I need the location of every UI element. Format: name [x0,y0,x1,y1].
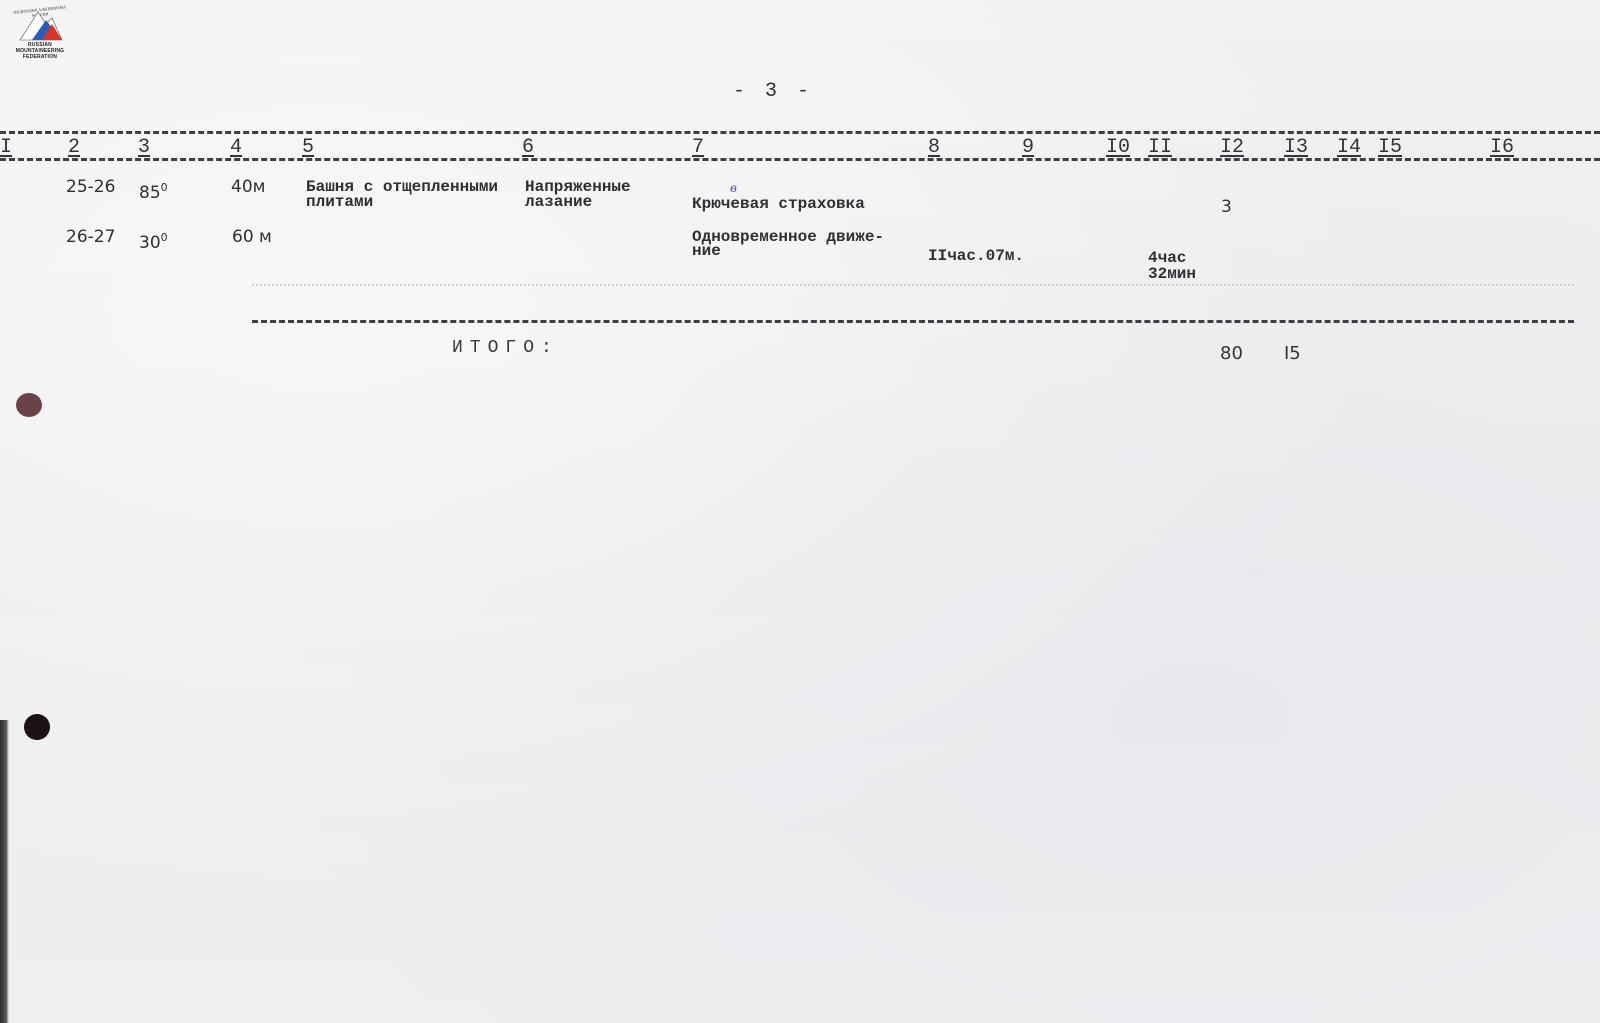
col-header-15: I5 [1378,136,1402,159]
col-header-3: 3 [138,136,150,159]
length-cell: 40м [231,180,265,195]
col-header-1: I [0,136,12,159]
scan-edge-shadow [0,720,9,1023]
faint-row-rule [252,284,1574,286]
col-header-5: 5 [302,136,314,159]
col-header-9: 9 [1022,136,1034,159]
col-header-12: I2 [1220,136,1244,159]
col11-time-line-2: 32мин [1148,267,1196,282]
length-cell: 60 м [232,230,272,245]
total-col13: I5 [1284,343,1301,364]
table-top-rule [0,131,1600,134]
belay-cell: Крючевая страховка [692,197,865,212]
totals-rule [252,320,1574,323]
logo-line-3: FEDERATION [6,54,74,60]
difficulty-cell-line-2: лазание [525,195,592,210]
angle-value: 85 [139,183,161,203]
angle-value: 30 [139,233,161,253]
degree-sign: 0 [161,181,168,194]
degree-sign: 0 [161,231,168,244]
col-header-6: 6 [522,136,534,159]
col-header-11: II [1148,136,1172,159]
col8-time-cell: IIчас.07м. [928,249,1024,264]
belay-cell-line-2: ние [692,244,721,259]
col11-time-line-1: 4час [1148,251,1186,266]
total-col12: 80 [1220,343,1243,364]
rmf-logo: ФЕДЕРАЦИЯ АЛЬПИНИЗМА РОССИИ RUSSIAN MOUN… [6,6,74,62]
col-header-13: I3 [1284,136,1308,159]
section-cell: 26-27 [66,230,115,245]
punch-hole-icon [24,714,50,740]
col12-cell: 3 [1221,200,1232,215]
angle-cell: 300 [139,230,168,251]
col-header-4: 4 [230,136,242,159]
angle-cell: 850 [139,180,168,201]
col-header-16: I6 [1490,136,1514,159]
page-number: - 3 - [733,80,813,103]
col-header-7: 7 [692,136,704,159]
totals-label: ИТОГО: [452,338,559,358]
col-header-8: 8 [928,136,940,159]
section-cell: 25-26 [66,180,115,195]
col-header-14: I4 [1337,136,1361,159]
col-header-10: I0 [1106,136,1130,159]
terrain-cell-line-2: плитами [306,195,373,210]
handwritten-correction: в [730,181,737,195]
mountain-logo-icon [18,6,64,42]
punch-hole-icon [16,393,42,417]
col-header-2: 2 [68,136,80,159]
